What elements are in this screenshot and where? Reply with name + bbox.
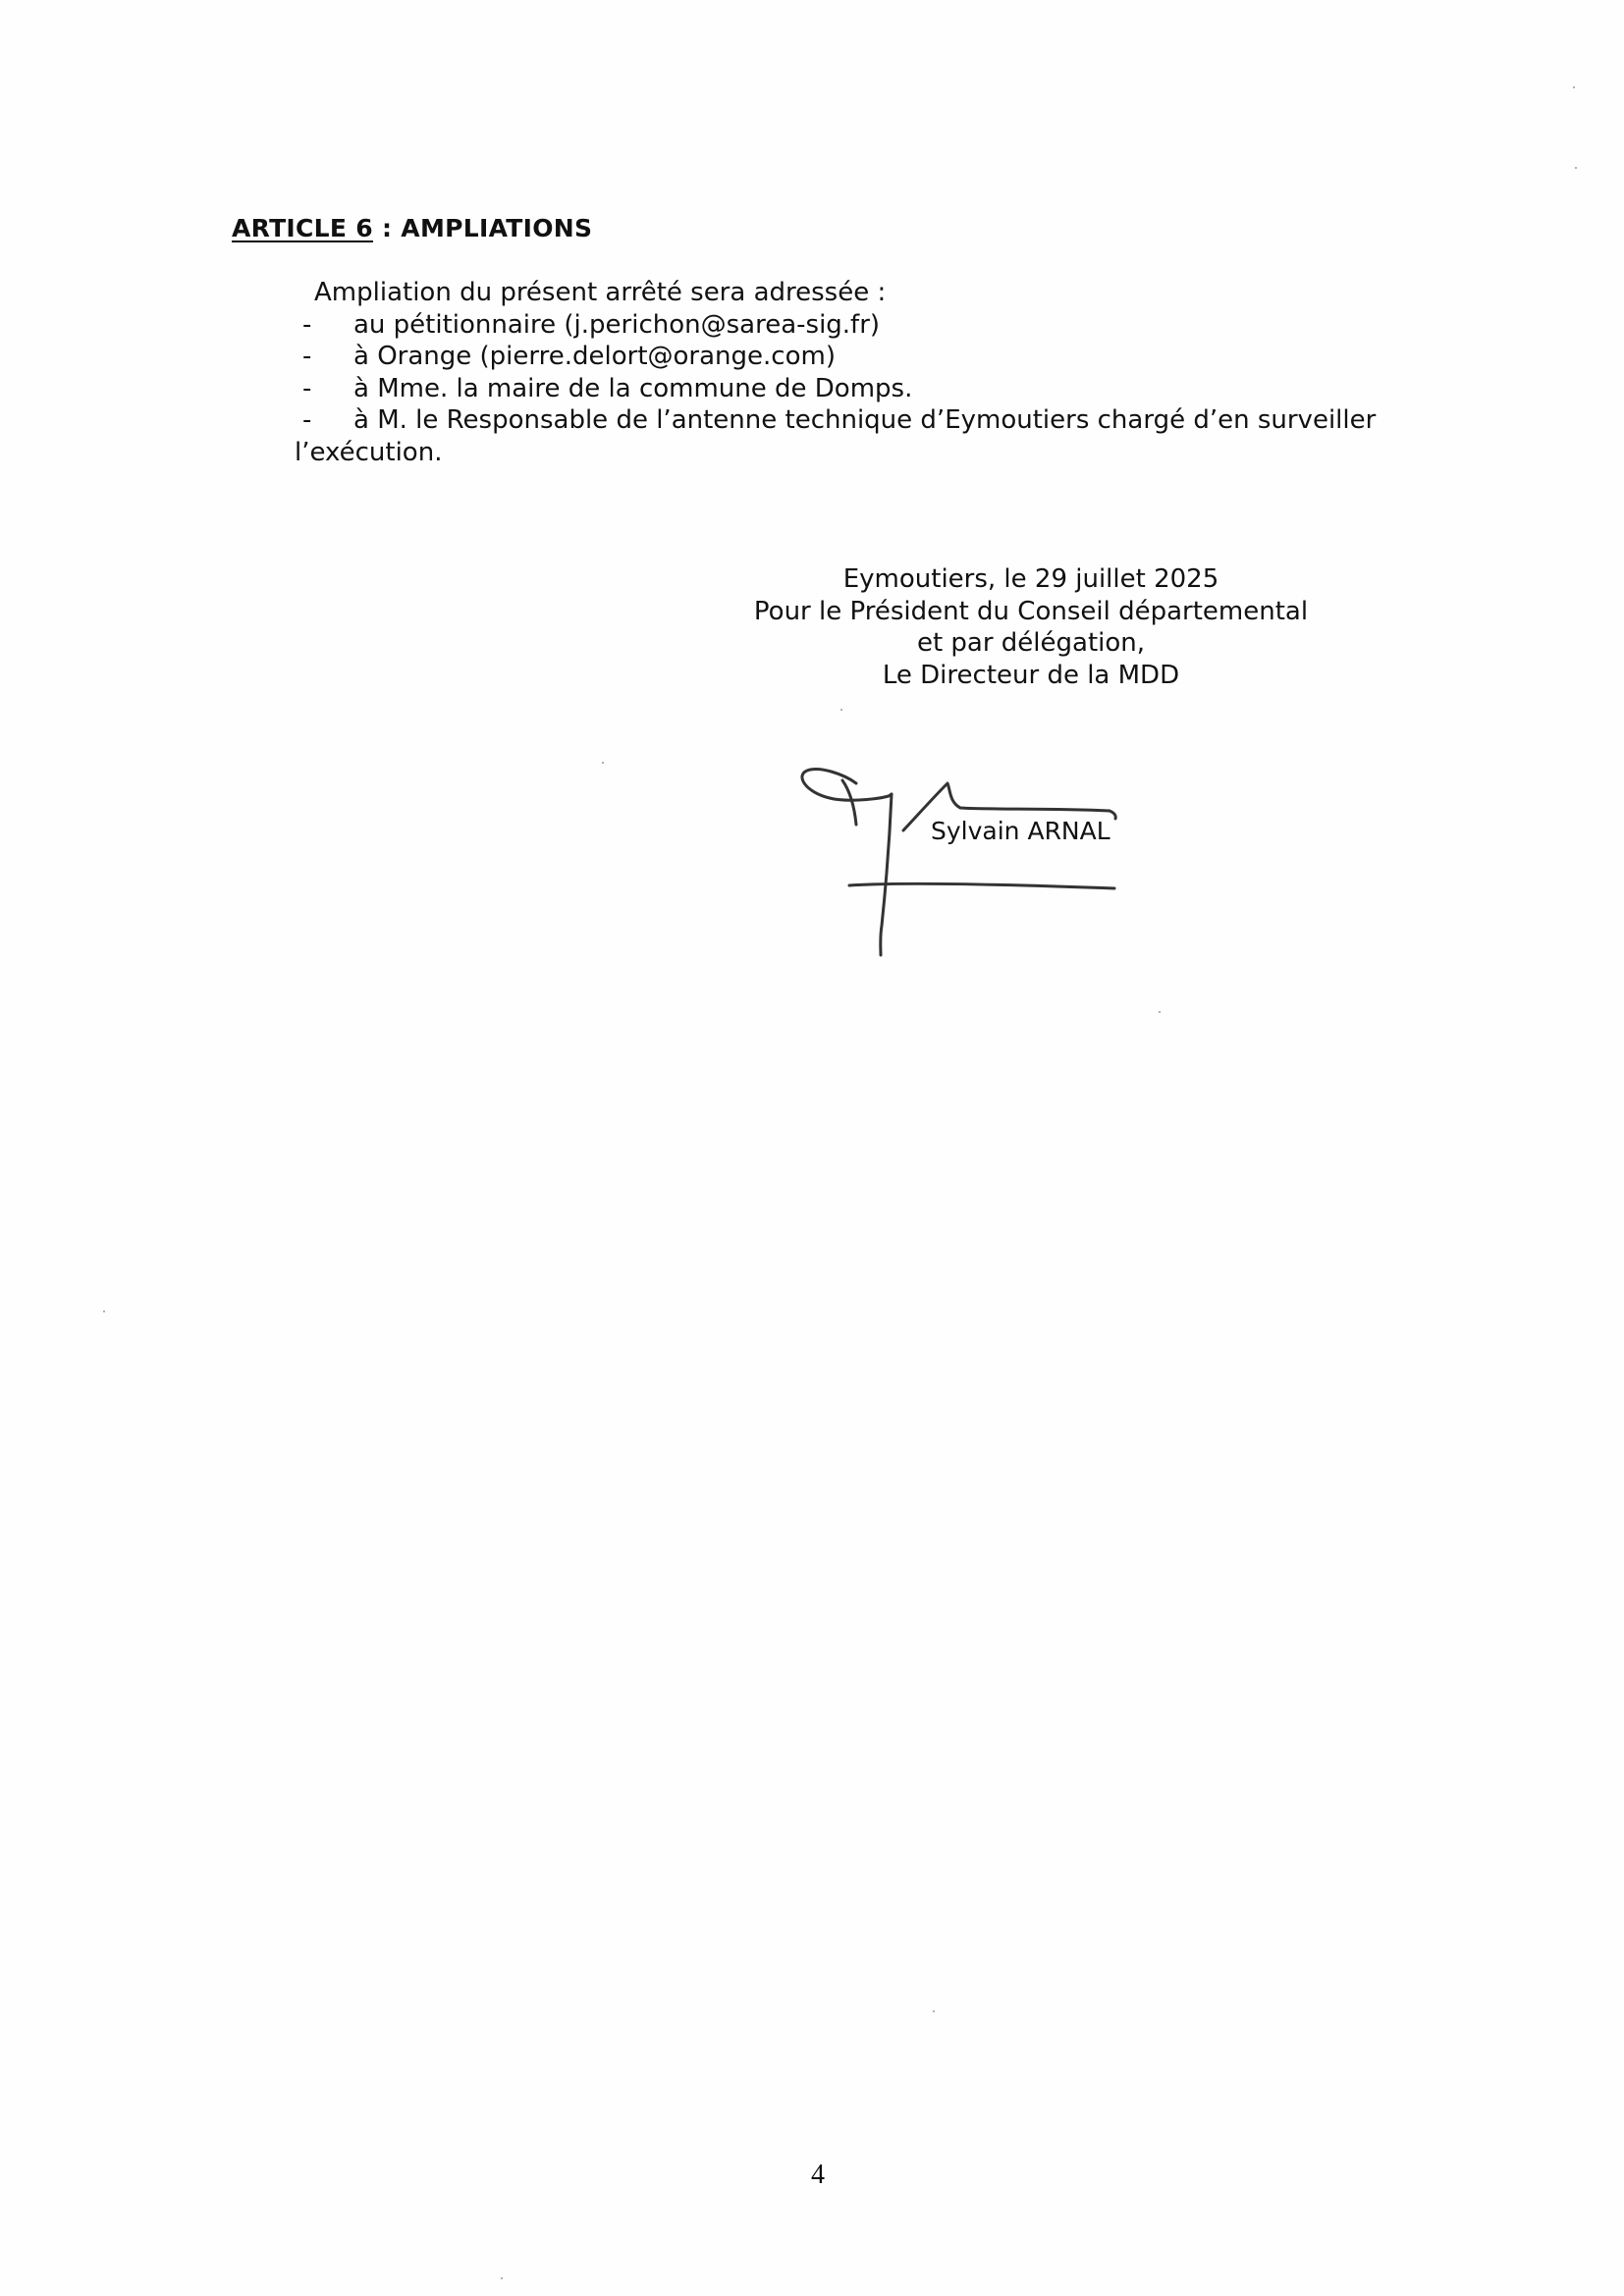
bullet-dash: - [295,341,353,373]
signature-line-2: Pour le Président du Conseil département… [727,596,1335,628]
list-item-text: à Mme. la maire de la commune de Domps. [353,373,912,405]
scan-speck [1575,167,1577,169]
ampliations-intro: Ampliation du présent arrêté sera adress… [295,277,1376,309]
signature-line-4: Le Directeur de la MDD [727,660,1335,692]
list-item-text: au pétitionnaire (j.perichon@sarea-sig.f… [353,309,880,342]
bullet-dash: - [295,309,353,342]
scan-speck [602,762,604,764]
article-heading: ARTICLE 6 : AMPLIATIONS [232,214,592,242]
scan-speck [933,2010,935,2012]
list-item: - au pétitionnaire (j.perichon@sarea-sig… [295,309,1376,342]
scan-speck [501,2277,503,2279]
list-item-continuation: l’exécution. [295,437,1376,469]
list-item: - à M. le Responsable de l’antenne techn… [295,404,1376,437]
place-date: Eymoutiers, le 29 juillet 2025 [727,563,1335,596]
document-page: ARTICLE 6 : AMPLIATIONS Ampliation du pr… [0,0,1624,2296]
scan-speck [1573,86,1575,88]
list-item: - à Orange (pierre.delort@orange.com) [295,341,1376,373]
bullet-dash: - [295,373,353,405]
list-item: - à Mme. la maire de la commune de Domps… [295,373,1376,405]
signature-line-3: et par délégation, [727,627,1335,660]
list-item-text: à M. le Responsable de l’antenne techniq… [353,404,1376,437]
article-separator: : [373,214,401,242]
scan-speck [1159,1011,1161,1013]
signer-name: Sylvain ARNAL [931,817,1110,845]
page-number: 4 [811,2160,825,2191]
list-item-text: à Orange (pierre.delort@orange.com) [353,341,836,373]
scan-speck [840,709,842,711]
article-title: AMPLIATIONS [401,214,592,242]
scan-speck [103,1310,105,1312]
ampliations-list: Ampliation du présent arrêté sera adress… [295,277,1376,468]
signature-block: Eymoutiers, le 29 juillet 2025 Pour le P… [727,563,1335,691]
bullet-dash: - [295,404,353,437]
article-number: ARTICLE 6 [232,214,373,242]
